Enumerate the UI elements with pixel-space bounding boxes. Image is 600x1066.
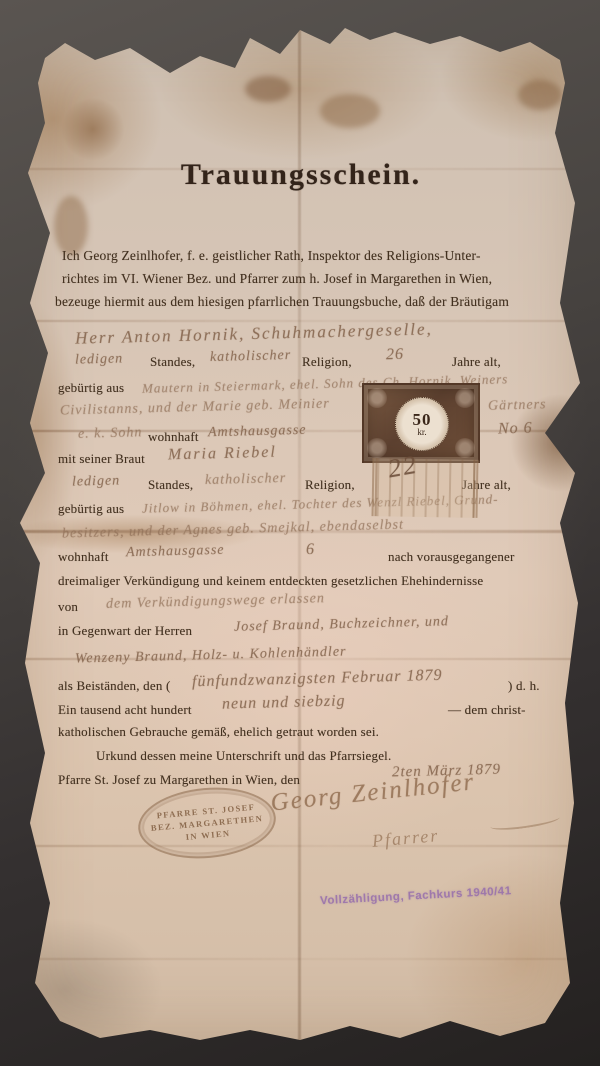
certificate-paper: Trauungsschein. Ich Georg Zeinlhofer, f.…	[20, 28, 582, 1040]
parish-seal-line-3: IN WIEN	[185, 828, 231, 842]
revenue-stamp-center: 50 kr.	[395, 397, 449, 451]
groom-residence-number-handwritten: No 6	[498, 420, 533, 439]
horizontal-fold-line	[20, 845, 582, 847]
bride-intro-label: mit seiner Braut	[58, 451, 145, 467]
horizontal-fold-line	[20, 958, 582, 960]
stamp-ornament-icon	[367, 438, 387, 458]
witness-2-handwritten: Wenzeny Braund, Holz- u. Kohlenhändler	[75, 644, 347, 667]
paper-stain	[245, 76, 291, 102]
stamp-ornament-icon	[455, 438, 475, 458]
banns-line: dreimaliger Verkündigung und keinem entd…	[58, 573, 483, 589]
beistand-label: als Beiständen, den (	[58, 678, 171, 694]
religion-label: Religion,	[302, 354, 352, 370]
revenue-stamp: 50 kr.	[362, 383, 480, 463]
signature-flourish	[490, 811, 561, 833]
bride-status-handwritten: ledigen	[72, 473, 121, 490]
groom-residence-handwritten: Amtshausgasse	[208, 423, 307, 442]
status-label: Standes,	[150, 354, 195, 370]
document-title: Trauungsschein.	[20, 158, 582, 192]
residence-label: wohnhaft	[148, 429, 199, 445]
groom-status-handwritten: ledigen	[75, 351, 124, 368]
residence-label: wohnhaft	[58, 549, 109, 565]
archive-stamp: Vollzähligung, Fachkurs 1940/41	[320, 885, 520, 907]
born-label: gebürtig aus	[58, 501, 124, 517]
groom-parents-handwritten-2: Gärtners	[488, 397, 547, 415]
bride-name-handwritten: Maria Riebel	[168, 444, 277, 465]
bride-residence-handwritten: Amtshausgasse	[126, 543, 225, 562]
bride-parents-handwritten: besitzers, und der Agnes geb. Smejkal, e…	[62, 518, 404, 543]
groom-son-note-handwritten: e. k. Sohn	[78, 425, 143, 443]
bride-religion-handwritten: katholischer	[205, 471, 287, 489]
age-label: Jahre alt,	[452, 354, 501, 370]
photo-backdrop: Trauungsschein. Ich Georg Zeinlhofer, f.…	[0, 0, 600, 1066]
von-handwritten: dem Verkündigungswege erlassen	[106, 591, 325, 613]
bride-residence-number-handwritten: 6	[306, 541, 315, 559]
horizontal-fold-line	[20, 320, 582, 322]
paper-stain	[518, 80, 562, 110]
revenue-stamp-value: 50	[413, 411, 432, 428]
witness-1-handwritten: Josef Braund, Buchzeichner, und	[234, 614, 449, 636]
groom-religion-handwritten: katholischer	[210, 348, 292, 366]
wedding-date-handwritten: fünfundzwanzigsten Februar 1879	[192, 667, 443, 692]
intro-line-2: richtes im VI. Wiener Bez. und Pfarrer z…	[62, 271, 492, 287]
parish-seal: PFARRE ST. JOSEF BEZ. MARGARETHEN IN WIE…	[135, 782, 279, 864]
intro-line-1: Ich Georg Zeinlhofer, f. e. geistlicher …	[62, 248, 481, 264]
paper-stain	[320, 94, 380, 128]
year-label: Ein tausend acht hundert	[58, 702, 192, 718]
revenue-stamp-unit: kr.	[417, 428, 426, 437]
place-date-label: Pfarre St. Josef zu Margarethen in Wien,…	[58, 772, 300, 788]
intro-line-3: bezeuge hiermit aus dem hiesigen pfarrli…	[55, 294, 509, 310]
religion-label: Religion,	[305, 477, 355, 493]
born-label: gebürtig aus	[58, 380, 124, 396]
year-handwritten: neun und siebzig	[222, 692, 346, 713]
closing-line-1: katholischen Gebrauche gemäß, ehelich ge…	[58, 724, 379, 740]
closing-line-2: Urkund dessen meine Unterschrift und das…	[96, 748, 391, 764]
year-label-end: — dem christ-	[448, 702, 526, 718]
stamp-ornament-icon	[367, 388, 387, 408]
groom-parents-handwritten: Civilistanns, und der Marie geb. Meinier	[60, 396, 330, 419]
after-residence-label: nach vorausgegangener	[388, 549, 515, 565]
revenue-stamp-annotation-handwritten: 22	[386, 450, 421, 485]
von-label: von	[58, 599, 78, 615]
beistand-label-end: ) d. h.	[508, 678, 540, 694]
paper-stain	[54, 196, 88, 256]
groom-age-handwritten: 26	[386, 346, 404, 364]
witnesses-label: in Gegenwart der Herren	[58, 623, 192, 639]
signature-role-handwritten: Pfarrer	[371, 825, 440, 852]
stamp-ornament-icon	[455, 388, 475, 408]
groom-name-handwritten: Herr Anton Hornik, Schuhmachergeselle,	[75, 319, 433, 348]
status-label: Standes,	[148, 477, 193, 493]
